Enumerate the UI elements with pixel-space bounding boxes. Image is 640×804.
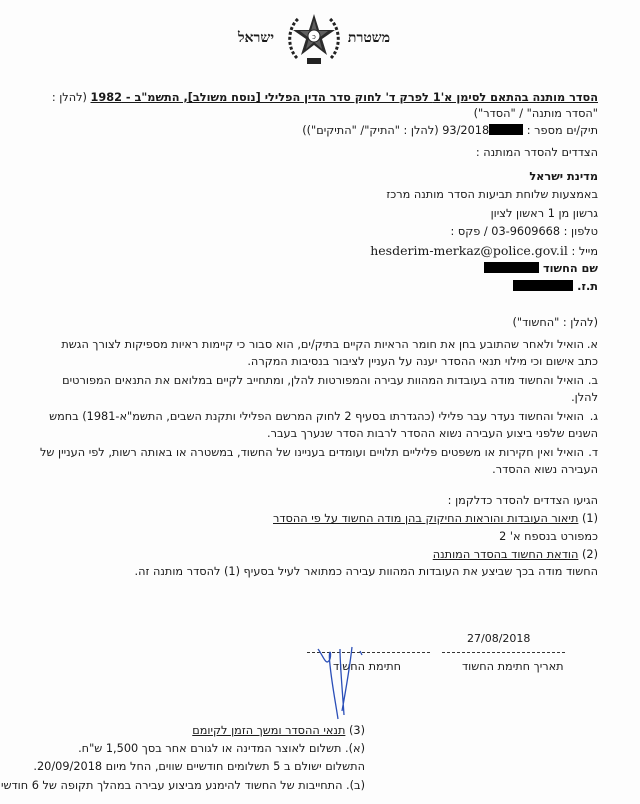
section-3-title: (3) תנאי ההסדר ומשך הזמן לקיומם bbox=[192, 724, 365, 737]
redacted-file-prefix bbox=[489, 124, 523, 135]
state-name: מדינת ישראל bbox=[529, 170, 598, 183]
agreement-heading: הגיעו הצדדים להסדר כדלקמן : bbox=[448, 494, 598, 507]
handwritten-signature-icon bbox=[300, 645, 390, 725]
section-1-title: (1) תיאור העובדות והוראות החיקוק בהן מוד… bbox=[273, 512, 598, 525]
suspect-id-line: ת.ז. bbox=[513, 280, 598, 293]
document-title: הסדר מותנה בהתאם לסימן א'1 לפרק ד' לחוק … bbox=[52, 91, 598, 104]
clause-a: א.הואיל ולאחר שהתובע בחן את חומר הראיות … bbox=[38, 336, 598, 370]
clause-b: ב.הואיל והחשוד מודה בעובדות המהוות עבירה… bbox=[38, 372, 598, 406]
signature-date: 27/08/2018 bbox=[467, 632, 530, 645]
clause-c: ג.הואיל והחשוד נעדר עבר פלילי (כהגדרתו ב… bbox=[38, 408, 598, 442]
state-email-line: מייל : hesderim-merkaz@police.gov.il bbox=[370, 243, 598, 258]
letterhead-org-right: משטרת bbox=[348, 30, 390, 47]
section-1-text: כמפורט בנספח א' 2 bbox=[499, 530, 598, 543]
date-signature-label: תאריך חתימת החשוד bbox=[462, 660, 564, 673]
suspect-hereafter: (להלן : "החשוד") bbox=[512, 316, 598, 329]
svg-text:כ: כ bbox=[312, 33, 316, 41]
section-2-title: (2) הודאת החשוד בהסדר המותנה bbox=[433, 548, 598, 561]
state-address: גרשון מן 1 ראשון לציון bbox=[491, 207, 598, 220]
document-page: משטרת ישראל כ הסדר מותנה בהתאם לסימן א'1… bbox=[0, 0, 640, 804]
israel-police-emblem-icon: כ bbox=[283, 8, 345, 70]
state-via: באמצעות שלוחת תביעות הסדר מותנה מרכז bbox=[386, 188, 598, 201]
title-hereafter: "הסדר מותנה" / "הסדר") bbox=[474, 107, 598, 120]
date-signature-line bbox=[442, 652, 565, 653]
condition-a-payments: התשלום ישולם ב 5 תשלומים חודשיים שווים, … bbox=[33, 760, 365, 773]
parties-heading: הצדדים להסדר המותנה : bbox=[476, 146, 598, 159]
letterhead-org-left: ישראל bbox=[238, 30, 274, 47]
file-number-line: תיק/ים מספר : 93/2018 (להלן : "התיק"/ "ה… bbox=[302, 124, 598, 137]
suspect-name-line: שם החשוד bbox=[484, 262, 598, 275]
condition-a: (א). תשלום לאוצר המדינה או לגורם אחר בסך… bbox=[78, 742, 365, 755]
state-email[interactable]: hesderim-merkaz@police.gov.il bbox=[370, 243, 568, 258]
section-2-text: החשוד מודה בכך שביצע את העובדות המהוות ע… bbox=[135, 565, 598, 578]
condition-b: (ב). התחייבות של החשוד להימנע מביצוע עבי… bbox=[0, 779, 365, 792]
state-phone: טלפון : 03-9609668 / פקס : bbox=[450, 225, 598, 238]
redacted-suspect-id bbox=[513, 280, 573, 291]
clause-d: ד.הואיל ואין חקירות או משפטים פליליים תל… bbox=[38, 444, 598, 478]
redacted-suspect-name bbox=[484, 262, 539, 273]
